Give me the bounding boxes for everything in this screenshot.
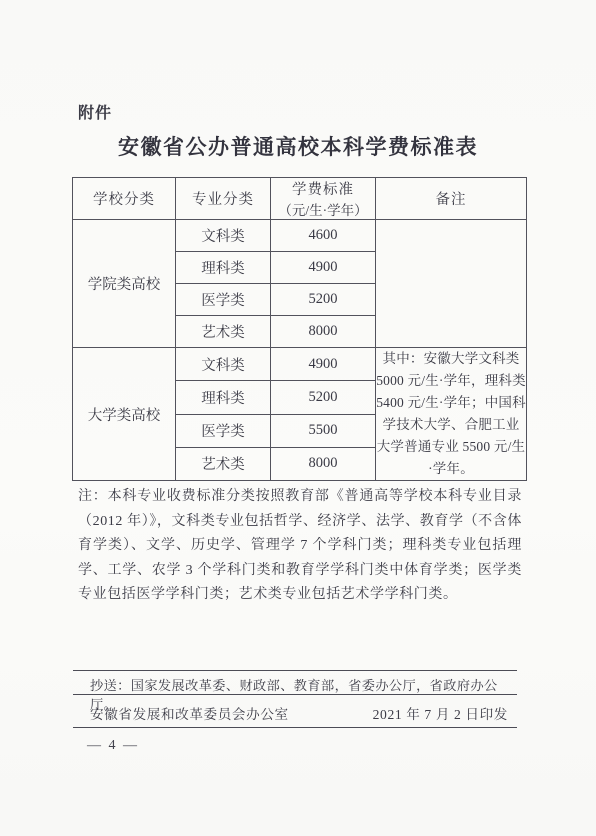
- major-cell: 文科类: [176, 220, 271, 252]
- header-school-category: 学校分类: [73, 178, 176, 220]
- major-cell: 理科类: [176, 381, 271, 414]
- major-cell: 文科类: [176, 348, 271, 381]
- note-paragraph: 注：本科专业收费标准分类按照教育部《普通高等学校本科专业目录（2012 年）》，…: [78, 485, 522, 608]
- fee-cell: 8000: [271, 316, 376, 348]
- school-group-university: 大学类高校: [73, 348, 176, 481]
- fee-cell: 4900: [271, 348, 376, 381]
- major-cell: 艺术类: [176, 316, 271, 348]
- footer-divider-middle: [73, 694, 517, 695]
- fee-cell: 5200: [271, 284, 376, 316]
- major-cell: 医学类: [176, 284, 271, 316]
- attachment-label: 附件: [78, 100, 112, 123]
- fee-cell: 4900: [271, 252, 376, 284]
- tuition-fee-table: 学校分类 专业分类 学费标准 （元/生·学年） 备注 学院类高校 文科类 460…: [72, 177, 527, 481]
- table-row: 大学类高校 文科类 4900 其中：安徽大学文科类 5000 元/生·学年，理科…: [73, 348, 527, 381]
- major-cell: 医学类: [176, 414, 271, 447]
- table-row: 学院类高校 文科类 4600: [73, 220, 527, 252]
- table-header-row: 学校分类 专业分类 学费标准 （元/生·学年） 备注: [73, 178, 527, 220]
- issuer-office: 安徽省发展和改革委员会办公室: [90, 703, 289, 723]
- header-remark: 备注: [376, 178, 527, 220]
- footer-divider-bottom: [73, 727, 517, 728]
- major-cell: 理科类: [176, 252, 271, 284]
- fee-cell: 5500: [271, 414, 376, 447]
- remark-cell-college: [376, 220, 527, 348]
- school-group-college: 学院类高校: [73, 220, 176, 348]
- header-fee-standard: 学费标准 （元/生·学年）: [271, 178, 376, 220]
- page-number: — 4 —: [87, 738, 139, 754]
- major-cell: 艺术类: [176, 447, 271, 480]
- document-title: 安徽省公办普通高校本科学费标准表: [0, 131, 596, 161]
- fee-cell: 8000: [271, 447, 376, 480]
- scanned-document-page: 附件 安徽省公办普通高校本科学费标准表 学校分类 专业分类 学费标准 （元/生·…: [0, 0, 596, 836]
- header-major-category: 专业分类: [176, 178, 271, 220]
- footer-divider-top: [73, 670, 517, 671]
- header-fee-line1: 学费标准: [271, 178, 375, 199]
- fee-cell: 4600: [271, 220, 376, 252]
- print-date: 2021 年 7 月 2 日印发: [373, 703, 508, 723]
- header-fee-line2: （元/生·学年）: [271, 199, 375, 219]
- remark-cell-university: 其中：安徽大学文科类 5000 元/生·学年，理科类 5400 元/生·学年；中…: [376, 348, 527, 481]
- fee-cell: 5200: [271, 381, 376, 414]
- issuer-row: 安徽省发展和改革委员会办公室 2021 年 7 月 2 日印发: [90, 703, 508, 723]
